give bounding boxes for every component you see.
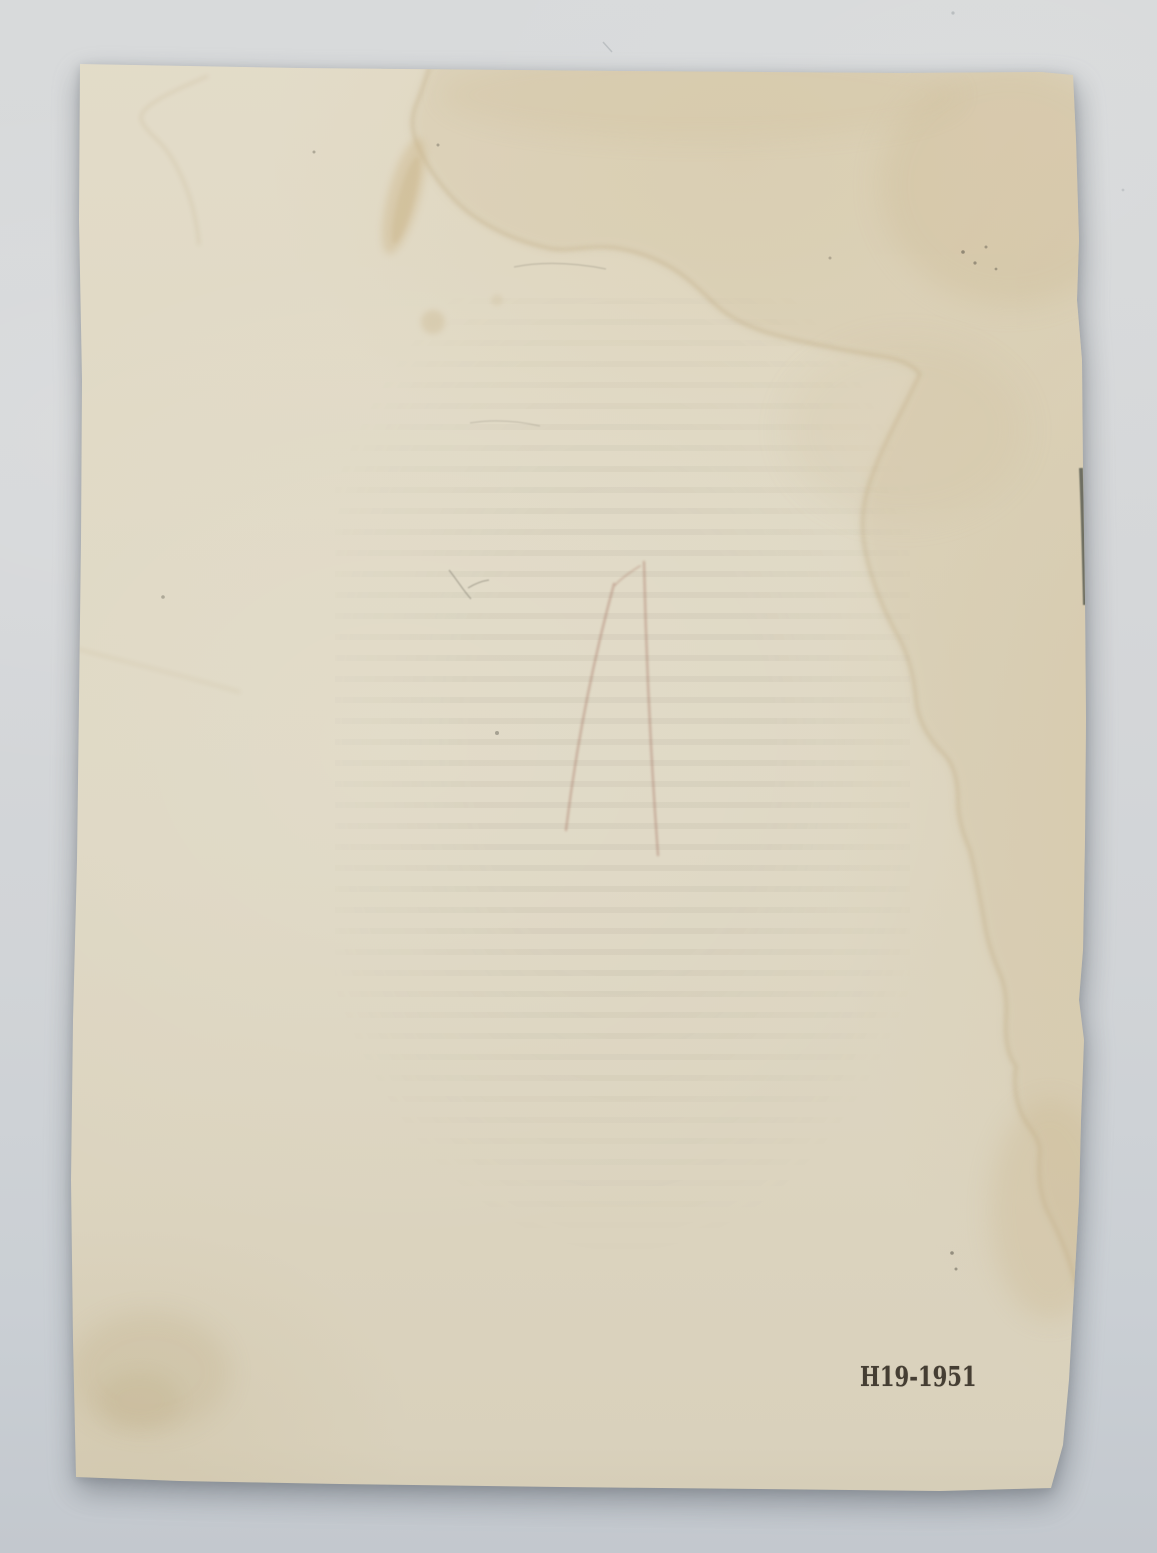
stain-line-left-mid xyxy=(74,648,240,692)
stain-line-top-left-loop xyxy=(141,76,208,245)
pencil-scribble xyxy=(449,570,489,599)
stain-spot xyxy=(491,294,503,306)
pencil-scratch xyxy=(470,421,540,426)
stain-wash-top-strip xyxy=(440,50,960,140)
stain-marks-layer xyxy=(0,0,1157,1553)
paper-shadow-wrap: H19-1951 xyxy=(0,0,1157,1553)
stain-wash-mid-right xyxy=(785,340,1025,520)
crayon-mark-left xyxy=(566,584,614,830)
smudge-bottom-left-core xyxy=(100,1372,180,1428)
stain-spot xyxy=(421,310,445,334)
stain-wash-bottom-right xyxy=(990,1100,1110,1320)
photo-of-aged-booklet-back-cover: H19-1951 xyxy=(0,0,1157,1553)
crayon-mark-hook xyxy=(615,566,640,585)
stamp-text: H19-1951 xyxy=(860,1362,977,1393)
crayon-mark-right xyxy=(644,562,658,855)
pencil-scratch xyxy=(514,263,606,269)
paper: H19-1951 xyxy=(0,0,1157,1553)
